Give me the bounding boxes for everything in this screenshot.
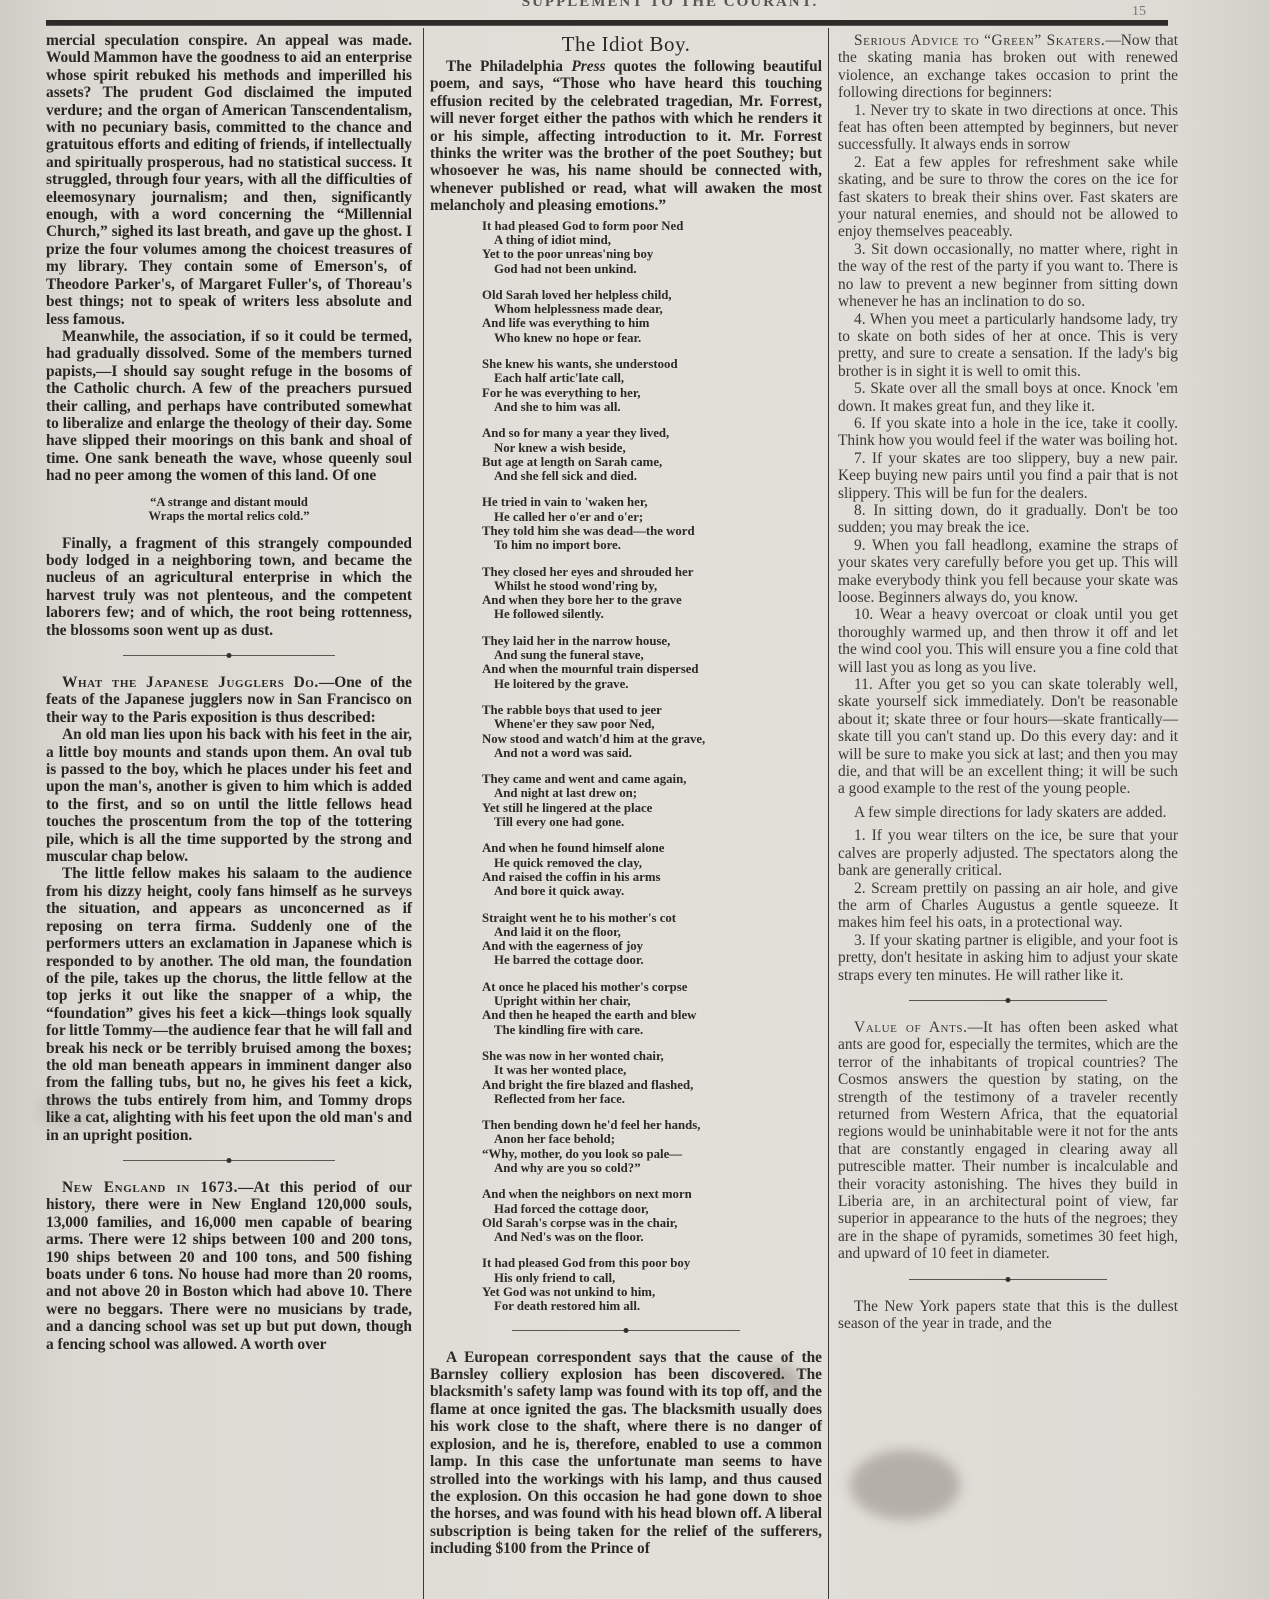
poem-line: The rabble boys that used to jeer bbox=[482, 703, 822, 717]
poem-line: They told him she was dead—the word bbox=[482, 524, 822, 538]
left-column: mercial speculation conspire. An appeal … bbox=[46, 32, 412, 1353]
skating-rule: 3. Sit down occasionally, no matter wher… bbox=[838, 241, 1178, 311]
skating-rules-list: 1. Never try to skate in two directions … bbox=[838, 102, 1178, 798]
poem-line: A thing of idiot mind, bbox=[482, 233, 822, 247]
poem-line: And when they bore her to the grave bbox=[482, 593, 822, 607]
skating-rule: 11. After you get so you can skate toler… bbox=[838, 676, 1178, 798]
poem-line: And life was everything to him bbox=[482, 316, 822, 330]
poem-line: Who knew no hope or fear. bbox=[482, 331, 822, 345]
poem-line: To him no import bore. bbox=[482, 538, 822, 552]
poem-stanza: He tried in vain to 'waken her,He called… bbox=[482, 495, 822, 552]
poem-stanza: They came and went and came again,And ni… bbox=[482, 772, 822, 829]
poem-stanza: It had pleased God to form poor NedA thi… bbox=[482, 219, 822, 276]
poem-stanza: It had pleased God from this poor boyHis… bbox=[482, 1256, 822, 1313]
top-rule bbox=[46, 20, 1168, 26]
poem-line: And not a word was said. bbox=[482, 746, 822, 760]
lady-skating-rule: 3. If your skating partner is eligible, … bbox=[838, 932, 1178, 984]
column-rule-2 bbox=[828, 28, 829, 1599]
poem-line: He tried in vain to 'waken her, bbox=[482, 495, 822, 509]
paper-stain bbox=[40, 1090, 100, 1130]
jugglers-heading: What the Japanese Jugglers Do. bbox=[62, 674, 319, 691]
poem-line: It had pleased God to form poor Ned bbox=[482, 219, 822, 233]
poem-stanza: She was now in her wonted chair,It was h… bbox=[482, 1049, 822, 1106]
poem-line: He quick removed the clay, bbox=[482, 856, 822, 870]
poem-line: Anon her face behold; bbox=[482, 1132, 822, 1146]
poem-line: And she to him was all. bbox=[482, 400, 822, 414]
skating-rule: 9. When you fall headlong, examine the s… bbox=[838, 537, 1178, 607]
poem-line: And raised the coffin in his arms bbox=[482, 870, 822, 884]
skaters-article: Serious Advice to “Green” Skaters.—Now t… bbox=[838, 32, 1178, 102]
poem-line: And laid it on the floor, bbox=[482, 925, 822, 939]
poem-line: They closed her eyes and shrouded her bbox=[482, 565, 822, 579]
poem-line: His only friend to call, bbox=[482, 1271, 822, 1285]
poem-line: And when he found himself alone bbox=[482, 841, 822, 855]
section-separator bbox=[512, 1330, 739, 1331]
lady-skating-rule: 2. Scream prettily on passing an air hol… bbox=[838, 880, 1178, 932]
poem-line: For death restored him all. bbox=[482, 1299, 822, 1313]
poem-stanza: And when he found himself aloneHe quick … bbox=[482, 841, 822, 898]
poem-line: God had not been unkind. bbox=[482, 262, 822, 276]
poem-line: And why are you so cold?” bbox=[482, 1161, 822, 1175]
new-england-article: New England in 1673.—At this period of o… bbox=[46, 1179, 412, 1353]
skaters-heading: Serious Advice to “Green” Skaters. bbox=[854, 32, 1105, 49]
new-york-article: The New York papers state that this is t… bbox=[838, 1298, 1178, 1333]
poem-line: She was now in her wonted chair, bbox=[482, 1049, 822, 1063]
poem-line: He called her o'er and o'er; bbox=[482, 510, 822, 524]
poem-stanza: And so for many a year they lived,Nor kn… bbox=[482, 426, 822, 483]
section-separator bbox=[909, 1279, 1106, 1280]
skating-rule: 5. Skate over all the small boys at once… bbox=[838, 380, 1178, 415]
poem-line: Yet still he lingered at the place bbox=[482, 801, 822, 815]
skating-rule: 7. If your skates are too slippery, buy … bbox=[838, 450, 1178, 502]
lady-skating-rule: 1. If you wear tilters on the ice, be su… bbox=[838, 827, 1178, 879]
poem-line: And Ned's was on the floor. bbox=[482, 1230, 822, 1244]
poem-line: Upright within her chair, bbox=[482, 994, 822, 1008]
poem-line: And bore it quick away. bbox=[482, 884, 822, 898]
verse-quote: “A strange and distant mould Wraps the m… bbox=[46, 495, 412, 523]
skating-rule: 4. When you meet a particularly handsome… bbox=[838, 311, 1178, 381]
poem-line: He followed silently. bbox=[482, 607, 822, 621]
newspaper-page: SUPPLEMENT TO THE COURANT. 15 mercial sp… bbox=[0, 0, 1269, 1599]
ants-heading: Value of Ants. bbox=[854, 1019, 968, 1036]
skating-rule: 1. Never try to skate in two directions … bbox=[838, 102, 1178, 154]
middle-column: The Idiot Boy. The Philadelphia Press qu… bbox=[430, 32, 822, 1558]
poem-stanza: The rabble boys that used to jeerWhene'e… bbox=[482, 703, 822, 760]
poem-stanza: Then bending down he'd feel her hands,An… bbox=[482, 1118, 822, 1175]
running-head: SUPPLEMENT TO THE COURANT. bbox=[500, 0, 840, 11]
jugglers-article: What the Japanese Jugglers Do.—One of th… bbox=[46, 674, 412, 726]
poem-line: And with the eagerness of joy bbox=[482, 939, 822, 953]
new-england-heading: New England in 1673. bbox=[62, 1179, 238, 1196]
poem-line: Whilst he stood wond'ring by, bbox=[482, 579, 822, 593]
poem-line: And when the neighbors on next morn bbox=[482, 1187, 822, 1201]
poem-line: Had forced the cottage door, bbox=[482, 1202, 822, 1216]
poem-line: Nor knew a wish beside, bbox=[482, 441, 822, 455]
transcendentalism-paragraph-2: Meanwhile, the association, if so it cou… bbox=[46, 328, 412, 485]
paper-stain bbox=[760, 1365, 800, 1395]
skating-rule: 6. If you skate into a hole in the ice, … bbox=[838, 415, 1178, 450]
lady-skating-rules-list: 1. If you wear tilters on the ice, be su… bbox=[838, 827, 1178, 984]
poem-line: Straight went he to his mother's cot bbox=[482, 911, 822, 925]
transcendentalism-paragraph-3: Finally, a fragment of this strangely co… bbox=[46, 535, 412, 639]
paper-stain bbox=[850, 1450, 960, 1520]
poem-intro: The Philadelphia Press quotes the follow… bbox=[430, 58, 822, 215]
poem-line: Old Sarah loved her helpless child, bbox=[482, 288, 822, 302]
poem-stanza: And when the neighbors on next mornHad f… bbox=[482, 1187, 822, 1244]
poem-line: They came and went and came again, bbox=[482, 772, 822, 786]
poem-line: Whom helplessness made dear, bbox=[482, 302, 822, 316]
poem-line: They laid her in the narrow house, bbox=[482, 634, 822, 648]
poem-line: Yet God was not unkind to him, bbox=[482, 1285, 822, 1299]
poem-line: And she fell sick and died. bbox=[482, 469, 822, 483]
poem-line: And night at last drew on; bbox=[482, 786, 822, 800]
poem-line: It had pleased God from this poor boy bbox=[482, 1256, 822, 1270]
ants-article: Value of Ants.—It has often been asked w… bbox=[838, 1019, 1178, 1263]
poem-line: Yet to the poor unreas'ning boy bbox=[482, 247, 822, 261]
poem-line: It was her wonted place, bbox=[482, 1063, 822, 1077]
section-separator bbox=[123, 655, 335, 656]
poem-line: Reflected from her face. bbox=[482, 1092, 822, 1106]
skating-rule: 2. Eat a few apples for refreshment sake… bbox=[838, 154, 1178, 241]
poem-stanza: At once he placed his mother's corpseUpr… bbox=[482, 980, 822, 1037]
poem-body: It had pleased God to form poor NedA thi… bbox=[430, 219, 822, 1314]
page-number: 15 bbox=[1132, 4, 1146, 20]
poem-stanza: She knew his wants, she understoodEach h… bbox=[482, 357, 822, 414]
poem-line: At once he placed his mother's corpse bbox=[482, 980, 822, 994]
jugglers-paragraph-1: An old man lies upon his back with his f… bbox=[46, 726, 412, 865]
lady-skaters-intro: A few simple directions for lady skaters… bbox=[838, 804, 1178, 821]
poem-stanza: Old Sarah loved her helpless child,Whom … bbox=[482, 288, 822, 345]
poem-line: And bright the fire blazed and flashed, bbox=[482, 1078, 822, 1092]
poem-line: And when the mournful train dispersed bbox=[482, 662, 822, 676]
poem-line: And so for many a year they lived, bbox=[482, 426, 822, 440]
poem-line: Old Sarah's corpse was in the chair, bbox=[482, 1216, 822, 1230]
poem-line: Now stood and watch'd him at the grave, bbox=[482, 732, 822, 746]
transcendentalism-paragraph-1: mercial speculation conspire. An appeal … bbox=[46, 32, 412, 328]
poem-line: And sung the funeral stave, bbox=[482, 648, 822, 662]
poem-stanza: Straight went he to his mother's cotAnd … bbox=[482, 911, 822, 968]
poem-line: Till every one had gone. bbox=[482, 815, 822, 829]
poem-line: He barred the cottage door. bbox=[482, 953, 822, 967]
skating-rule: 8. In sitting down, do it gradually. Don… bbox=[838, 502, 1178, 537]
poem-line: She knew his wants, she understood bbox=[482, 357, 822, 371]
poem-stanza: They laid her in the narrow house,And su… bbox=[482, 634, 822, 691]
poem-line: But age at length on Sarah came, bbox=[482, 455, 822, 469]
right-column: Serious Advice to “Green” Skaters.—Now t… bbox=[838, 32, 1178, 1332]
skating-rule: 10. Wear a heavy overcoat or cloak until… bbox=[838, 606, 1178, 676]
column-rule-1 bbox=[423, 28, 424, 1599]
poem-line: Each half artic'late call, bbox=[482, 371, 822, 385]
poem-line: Whene'er they saw poor Ned, bbox=[482, 717, 822, 731]
jugglers-paragraph-2: The little fellow makes his salaam to th… bbox=[46, 865, 412, 1144]
poem-line: He loitered by the grave. bbox=[482, 677, 822, 691]
section-separator bbox=[909, 1000, 1106, 1001]
poem-line: And then he heaped the earth and blew bbox=[482, 1008, 822, 1022]
section-separator bbox=[123, 1160, 335, 1161]
poem-line: Then bending down he'd feel her hands, bbox=[482, 1118, 822, 1132]
poem-title: The Idiot Boy. bbox=[430, 32, 822, 56]
poem-line: The kindling fire with care. bbox=[482, 1023, 822, 1037]
poem-stanza: They closed her eyes and shrouded herWhi… bbox=[482, 565, 822, 622]
poem-line: “Why, mother, do you look so pale— bbox=[482, 1147, 822, 1161]
poem-line: For he was everything to her, bbox=[482, 386, 822, 400]
